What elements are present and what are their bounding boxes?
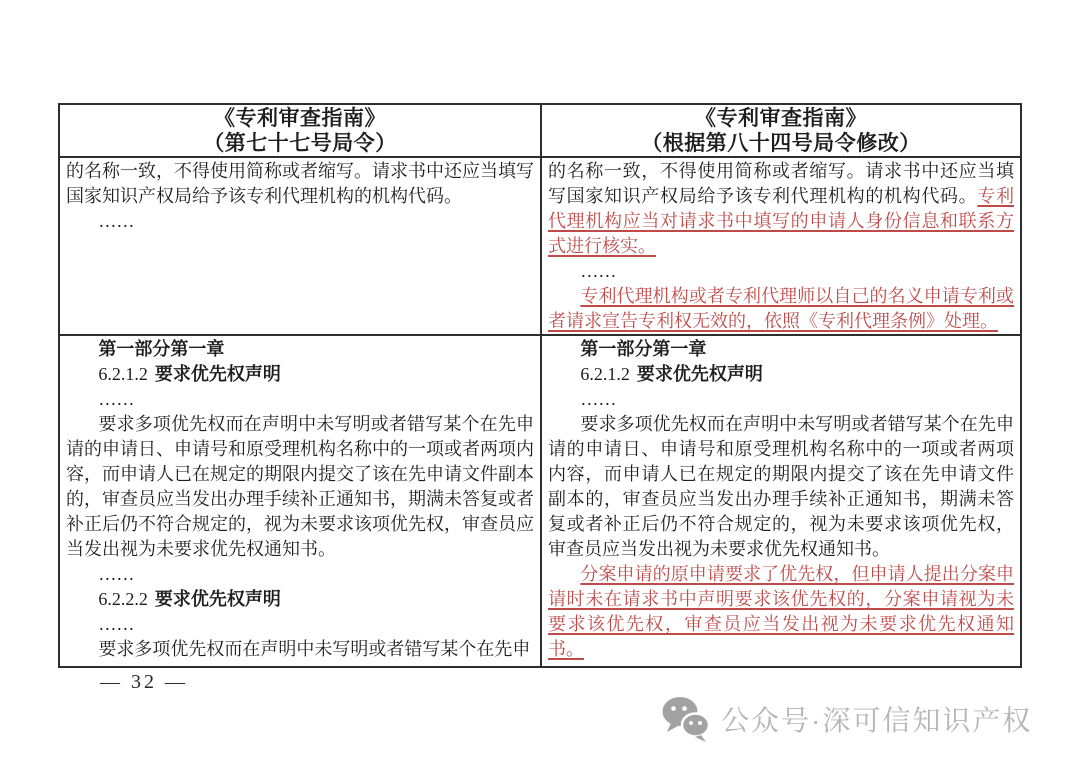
unchanged-text: 的名称一致，不得使用简称或者缩写。请求书中还应当填写国家知识产权局给予该专利代理… xyxy=(548,161,1014,206)
clause-heading: 6.2.1.2要求优先权声明 xyxy=(66,362,534,387)
body-paragraph: 要求多项优先权而在声明中未写明或者错写某个在先申请的申请日、申请号和原受理机构名… xyxy=(548,412,1014,562)
watermark: 公众号·深可信知识产权 xyxy=(661,696,1032,742)
ellipsis: …… xyxy=(548,662,1014,666)
header-new-title: 《专利审查指南》 xyxy=(695,106,867,131)
ellipsis: …… xyxy=(66,612,534,637)
clause-title: 要求优先权声明 xyxy=(155,364,281,384)
header-old-version: 《专利审查指南》 （第七十七号局令） xyxy=(60,105,540,158)
header-new-version: 《专利审查指南》 （根据第八十四号局令修改） xyxy=(540,105,1020,158)
section1-old-cell: 的名称一致，不得使用简称或者缩写。请求书中还应当填写国家知识产权局给予该专利代理… xyxy=(60,158,540,336)
wechat-icon xyxy=(661,696,711,742)
section2-new-cell: 第一部分第一章 6.2.1.2要求优先权声明 …… 要求多项优先权而在声明中未写… xyxy=(540,336,1020,666)
body-paragraph-truncated: 要求多项优先权而在声明中未写明或者错写某个在先申 xyxy=(66,637,534,662)
body-paragraph: 的名称一致，不得使用简称或者缩写。请求书中还应当填写国家知识产权局给予该专利代理… xyxy=(548,159,1014,259)
ellipsis: …… xyxy=(66,562,534,587)
clause-number: 6.2.1.2 xyxy=(580,364,630,384)
section1-new-cell: 的名称一致，不得使用简称或者缩写。请求书中还应当填写国家知识产权局给予该专利代理… xyxy=(540,158,1020,336)
chapter-heading: 第一部分第一章 xyxy=(66,337,534,362)
added-paragraph: 分案申请的原申请要求了优先权，但申请人提出分案申请时未在请求书中声明要求该优先权… xyxy=(548,562,1014,662)
clause-number: 6.2.2.2 xyxy=(98,589,148,609)
clause-number: 6.2.1.2 xyxy=(98,364,148,384)
clause-heading: 6.2.1.2要求优先权声明 xyxy=(548,362,1014,387)
clause-title: 要求优先权声明 xyxy=(637,364,763,384)
header-old-subtitle: （第七十七号局令） xyxy=(203,131,397,156)
watermark-label: 公众号·深可信知识产权 xyxy=(721,699,1032,739)
ellipsis: …… xyxy=(66,209,534,234)
page-number: — 32 — xyxy=(100,671,188,694)
header-old-title: 《专利审查指南》 xyxy=(214,106,386,131)
document-page: 《专利审查指南》 （第七十七号局令） 《专利审查指南》 （根据第八十四号局令修改… xyxy=(0,0,1080,764)
ellipsis: …… xyxy=(548,387,1014,412)
ellipsis: …… xyxy=(548,259,1014,284)
clause-heading: 6.2.2.2要求优先权声明 xyxy=(66,587,534,612)
body-paragraph: 要求多项优先权而在声明中未写明或者错写某个在先申请的申请日、申请号和原受理机构名… xyxy=(66,412,534,562)
added-paragraph: 专利代理机构或者专利代理师以自己的名义申请专利或者请求宣告专利权无效的，依照《专… xyxy=(548,284,1014,334)
clause-title: 要求优先权声明 xyxy=(155,589,281,609)
section2-old-cell: 第一部分第一章 6.2.1.2要求优先权声明 …… 要求多项优先权而在声明中未写… xyxy=(60,336,540,666)
ellipsis: …… xyxy=(66,387,534,412)
comparison-table: 《专利审查指南》 （第七十七号局令） 《专利审查指南》 （根据第八十四号局令修改… xyxy=(58,103,1022,668)
chapter-heading: 第一部分第一章 xyxy=(548,337,1014,362)
body-paragraph: 的名称一致，不得使用简称或者缩写。请求书中还应当填写国家知识产权局给予该专利代理… xyxy=(66,159,534,209)
header-new-subtitle: （根据第八十四号局令修改） xyxy=(641,131,921,156)
